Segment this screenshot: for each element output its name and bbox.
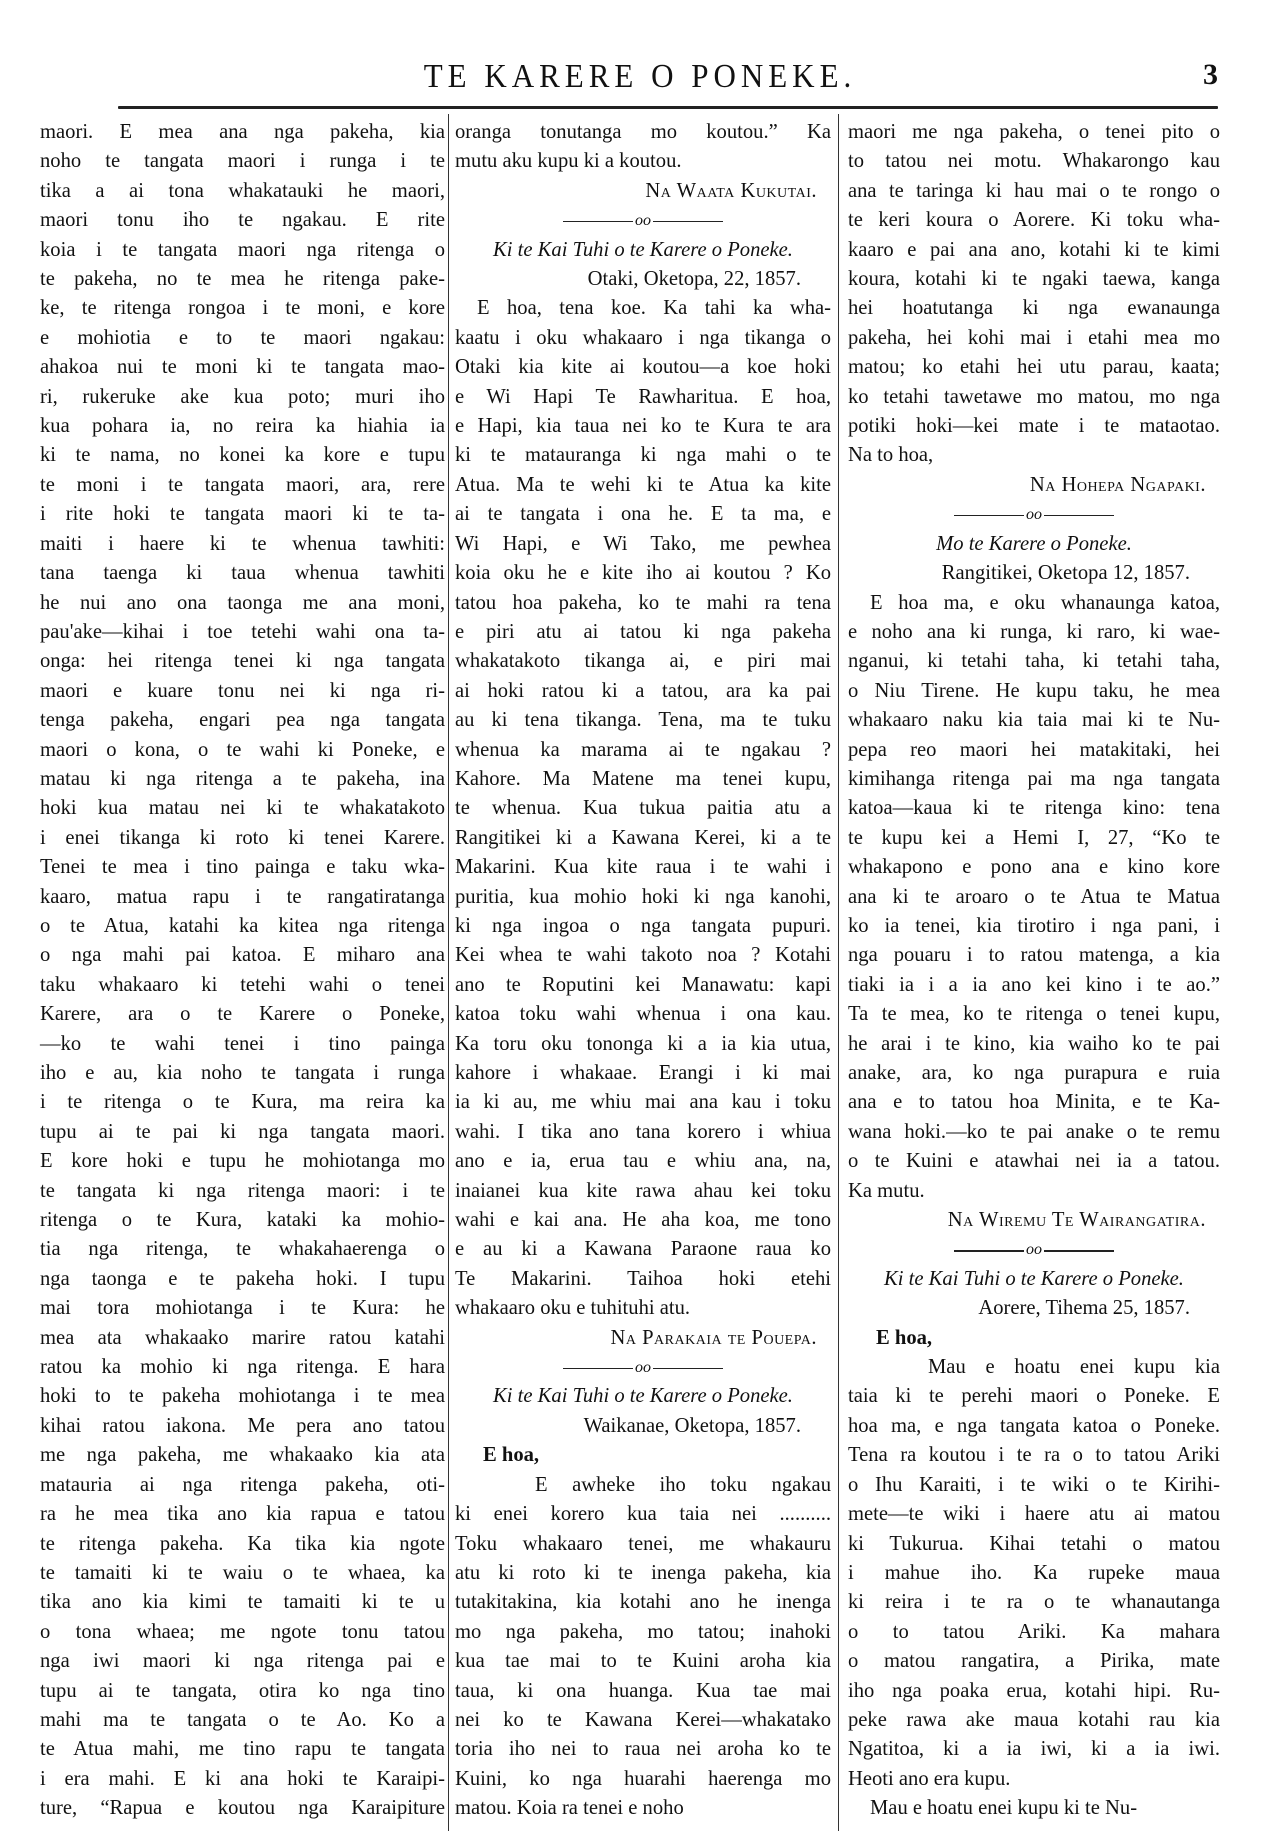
salutation-waikanae: E hoa, bbox=[455, 1441, 831, 1470]
column-right: maori me nga pakeha, o tenei pito oto ta… bbox=[848, 118, 1220, 1824]
text-line: te Atua mahi, me tino rapu te tangata bbox=[40, 1735, 445, 1764]
text-line: te pakeha, no te mea he ritenga pake- bbox=[40, 265, 445, 294]
letter-ending-block: oranga tonutanga mo koutou.” Kamutu aku … bbox=[455, 118, 831, 177]
letter-heading-waikanae: Ki te Kai Tuhi o te Karere o Poneke. bbox=[455, 1382, 831, 1411]
text-line: e Wi Hapi Te Rawharitua. E hoa, bbox=[455, 383, 831, 412]
section-separator: oo bbox=[848, 1235, 1220, 1264]
text-line: ra he mea tika ano kia rapua e tatou bbox=[40, 1500, 445, 1529]
text-line: wahi e kai ana. He aha koa, me tono bbox=[455, 1206, 831, 1235]
text-line: maori me nga pakeha, o tenei pito o bbox=[848, 118, 1220, 147]
text-line: pakeha, hei kohi mai i etahi mea mo bbox=[848, 324, 1220, 353]
text-line: i era mahi. E ki ana hoki te Karaipi- bbox=[40, 1765, 445, 1794]
text-line: tutakitakina, kia kotahi ano he inenga bbox=[455, 1588, 831, 1617]
text-line: mai tora mohiotanga i te Kura: he bbox=[40, 1294, 445, 1323]
text-line: iho nga poaka erua, kotahi hipi. Ru- bbox=[848, 1677, 1220, 1706]
text-line: he nui ano ona taonga me ana moni, bbox=[40, 589, 445, 618]
text-line: Wi Hapi, e Wi Tako, me pewhea bbox=[455, 530, 831, 559]
text-line: ki reira i te ra o te whanautanga bbox=[848, 1588, 1220, 1617]
text-line: tupu ai te tangata, otira ko nga tino bbox=[40, 1677, 445, 1706]
letter-first-line-aorere: Mau e hoatu enei kupu kia bbox=[848, 1353, 1220, 1382]
masthead: TE KARERE O PONEKE. 3 bbox=[0, 58, 1280, 102]
text-line: ratou ka mohio ki nga ritenga. E hara bbox=[40, 1353, 445, 1382]
text-line: mutu aku kupu ki a koutou. bbox=[455, 147, 831, 176]
text-line: ki nga ingoa o nga tangata pupuri. bbox=[455, 912, 831, 941]
text-line: o matou rangatira, a Pirika, mate bbox=[848, 1647, 1220, 1676]
dateline-aorere: Aorere, Tihema 25, 1857. bbox=[848, 1294, 1220, 1323]
text-line: ana ki te aroaro o te Atua te Matua bbox=[848, 883, 1220, 912]
text-line: Ta te mea, ko te ritenga o tenei kupu, bbox=[848, 1000, 1220, 1029]
header-rule bbox=[118, 106, 1218, 109]
text-line: koia i te tangata maori nga ritenga o bbox=[40, 236, 445, 265]
text-line: te keri koura o Aorere. Ki toku wha- bbox=[848, 206, 1220, 235]
letter-heading-otaki: Ki te Kai Tuhi o te Karere o Poneke. bbox=[455, 236, 831, 265]
text-line: i enei tikanga ki roto ki tenei Karere. bbox=[40, 824, 445, 853]
text-line: potiki hoki—kei mate i te mataotao. bbox=[848, 412, 1220, 441]
text-line: Tenei te mea i tino painga e taku wka- bbox=[40, 853, 445, 882]
text-line: tika a ai tona whakatauki he maori, bbox=[40, 177, 445, 206]
section-separator: oo bbox=[455, 206, 831, 235]
letter-body-otaki: E hoa, tena koe. Ka tahi ka wha-kaatu i … bbox=[455, 294, 831, 1323]
dateline-rangitikei: Rangitikei, Oketopa 12, 1857. bbox=[848, 559, 1220, 588]
text-line: e mohiotia e to te maori ngakau: bbox=[40, 324, 445, 353]
text-line: ai hoki ratou ki a tatou, ara ka pai bbox=[455, 677, 831, 706]
text-line: whakatakoto tikanga ai, e piri mai bbox=[455, 647, 831, 676]
text-line: Kuini, ko nga huarahi haerenga mo bbox=[455, 1765, 831, 1794]
text-line: Tena ra koutou i te ra o to tatou Ariki bbox=[848, 1441, 1220, 1470]
text-line: o te Kuini e atawhai nei ia a tatou. bbox=[848, 1147, 1220, 1176]
letter-body-waikanae: ki enei korero kua taia nei ..........To… bbox=[455, 1500, 831, 1823]
text-line: kahore i whakaae. Erangi i ki mai bbox=[455, 1059, 831, 1088]
text-line: te tangata ki nga ritenga maori: i te bbox=[40, 1177, 445, 1206]
text-line: nei ko te Kawana Kerei—whakatako bbox=[455, 1706, 831, 1735]
text-line: onga: hei ritenga tenei ki nga tangata bbox=[40, 647, 445, 676]
text-line: o te Atua, katahi ka kitea nga ritenga bbox=[40, 912, 445, 941]
text-line: koura, kotahi ki te ngaki taewa, kanga bbox=[848, 265, 1220, 294]
text-line: Heoti ano era kupu. bbox=[848, 1765, 1220, 1794]
text-line: whakaaro naku kia taia mai ki te Nu- bbox=[848, 706, 1220, 735]
text-line: pepa reo maori hei matakitaki, hei bbox=[848, 736, 1220, 765]
text-line: hoki to te pakeha mohiotanga i te mea bbox=[40, 1382, 445, 1411]
text-line: te whenua. Kua tukua paitia atu a bbox=[455, 794, 831, 823]
text-line: wana hoki.—ko te pai anake o te remu bbox=[848, 1118, 1220, 1147]
text-line: taua, ki ona huanga. Kua tae mai bbox=[455, 1677, 831, 1706]
text-line: Na to hoa, bbox=[848, 441, 1220, 470]
text-line: tenga pakeha, engari pea nga tangata bbox=[40, 706, 445, 735]
text-line: mete—te wiki i haere atu ai matou bbox=[848, 1500, 1220, 1529]
text-line: ano e ia, erua tau e whiu ana, na, bbox=[455, 1147, 831, 1176]
text-line: toria iho nei to raua nei aroha ko te bbox=[455, 1735, 831, 1764]
text-line: i mahue iho. Ka rupeke maua bbox=[848, 1559, 1220, 1588]
letter-body-aorere: taia ki te perehi maori o Poneke. Ehoa m… bbox=[848, 1382, 1220, 1794]
text-line: whenua ka marama ai te ngakau ? bbox=[455, 736, 831, 765]
column-divider-1 bbox=[448, 114, 449, 1831]
text-line: mahi ma te tangata o te Ao. Ko a bbox=[40, 1706, 445, 1735]
text-line: pau'ake—kihai i toe tetehi wahi ona ta- bbox=[40, 618, 445, 647]
text-line: Makarini. Kua kite raua i te wahi i bbox=[455, 853, 831, 882]
text-line: ahakoa nui te moni ki te tangata mao- bbox=[40, 353, 445, 382]
text-line: o tona whaea; me ngote tonu tatou bbox=[40, 1618, 445, 1647]
text-line: matau ki nga ritenga a te pakeha, ina bbox=[40, 765, 445, 794]
text-line: —ko te wahi tenei i tino painga bbox=[40, 1030, 445, 1059]
text-line: ana e to tatou hoa Minita, e te Ka- bbox=[848, 1088, 1220, 1117]
text-line: he arai i te kino, kia waiho ko te pai bbox=[848, 1030, 1220, 1059]
text-line: wahi. I tika ano tana korero i whiua bbox=[455, 1118, 831, 1147]
letter-body-rangitikei: E hoa ma, e oku whanaunga katoa,e noho a… bbox=[848, 589, 1220, 1207]
text-line: e noho ana ki runga, ki raro, ki wae- bbox=[848, 618, 1220, 647]
column-middle: oranga tonutanga mo koutou.” Kamutu aku … bbox=[455, 118, 831, 1824]
text-line: ko ia tenei, kia tirotiro i nga pani, i bbox=[848, 912, 1220, 941]
text-line: anake, ara, ko nga purapura e ruia bbox=[848, 1059, 1220, 1088]
text-line: te kupu kei a Hemi I, 27, “Ko te bbox=[848, 824, 1220, 853]
signature-waata-kukutai: Na Waata Kukutai. bbox=[455, 177, 831, 206]
text-line: te tamaiti ki te waiu o te whaea, ka bbox=[40, 1559, 445, 1588]
text-line: Otaki kia kite ai koutou—a koe hoki bbox=[455, 353, 831, 382]
text-line: Rangitikei ki a Kawana Kerei, ki a te bbox=[455, 824, 831, 853]
text-line: e piri atu ai tatou ki nga pakeha bbox=[455, 618, 831, 647]
text-line: kaaro e pai ana ano, kotahi ki te kimi bbox=[848, 236, 1220, 265]
text-line: ri, rukeruke ake kua poto; muri iho bbox=[40, 383, 445, 412]
text-line: maiti i haere ki te whenua tawhiti: bbox=[40, 530, 445, 559]
text-line: nganui, ki tetahi taha, ki tetahi taha, bbox=[848, 647, 1220, 676]
section-separator: oo bbox=[455, 1353, 831, 1382]
text-line: puritia, kua mohio hoki ki nga kanohi, bbox=[455, 883, 831, 912]
text-line: maori o kona, o te wahi ki Poneke, e bbox=[40, 736, 445, 765]
text-line: katoa—kaua ki te ritenga kino: tena bbox=[848, 794, 1220, 823]
text-line: kaatu i oku whakaaro i nga tikanga o bbox=[455, 324, 831, 353]
signature-hohepa-ngapaki: Na Hohepa Ngapaki. bbox=[848, 471, 1220, 500]
text-line: ki enei korero kua taia nei .......... bbox=[455, 1500, 831, 1529]
text-line: kimihanga ritenga pai ma nga tangata bbox=[848, 765, 1220, 794]
text-line: whakaaro oku e tuhituhi atu. bbox=[455, 1294, 831, 1323]
text-line: Ka toru oku tononga ki a ia kia utua, bbox=[455, 1030, 831, 1059]
text-line: Te Makarini. Taihoa hoki etehi bbox=[455, 1265, 831, 1294]
text-line: o Ihu Karaiti, i te wiki o te Kirihi- bbox=[848, 1471, 1220, 1500]
text-line: whakapono e pono ana e kino kore bbox=[848, 853, 1220, 882]
text-line: ana te taringa ki hau mai o te rongo o bbox=[848, 177, 1220, 206]
text-line: taia ki te perehi maori o Poneke. E bbox=[848, 1382, 1220, 1411]
text-line: Ka mutu. bbox=[848, 1177, 1220, 1206]
text-line: ki Tukurua. Kihai tetahi o matou bbox=[848, 1530, 1220, 1559]
text-line: iho e au, kia noho te tangata i runga bbox=[40, 1059, 445, 1088]
text-line: i te ritenga o te Kura, ma reira ka bbox=[40, 1088, 445, 1117]
text-line: Kahore. Ma Matene ma tenei kupu, bbox=[455, 765, 831, 794]
text-line: maori tonu iho te ngakau. E rite bbox=[40, 206, 445, 235]
text-line: tana taenga ki taua whenua tawhiti bbox=[40, 559, 445, 588]
text-line: ke, te ritenga rongoa i te moni, e kore bbox=[40, 294, 445, 323]
dateline-waikanae: Waikanae, Oketopa, 1857. bbox=[455, 1412, 831, 1441]
text-line: ia ki au, me whiu mai ana kau i toku bbox=[455, 1088, 831, 1117]
text-line: E kore hoki e tupu he mohiotanga mo bbox=[40, 1147, 445, 1176]
newspaper-title: TE KARERE O PONEKE. bbox=[0, 56, 1280, 96]
text-line: hoki kua matau nei ki te whakatakoto bbox=[40, 794, 445, 823]
text-line: e au ki a Kawana Paraone raua ko bbox=[455, 1235, 831, 1264]
text-line: Kei whea te wahi takoto noa ? Kotahi bbox=[455, 941, 831, 970]
text-line: Toku whakaaro tenei, me whakauru bbox=[455, 1530, 831, 1559]
text-line: matauria ai nga ritenga pakeha, oti- bbox=[40, 1471, 445, 1500]
text-line: ki te nama, no konei ka kore e tupu bbox=[40, 441, 445, 470]
column-left: maori. E mea ana nga pakeha, kianoho te … bbox=[40, 118, 445, 1824]
text-line: maori. E mea ana nga pakeha, kia bbox=[40, 118, 445, 147]
letter-continued-line: Mau e hoatu enei kupu ki te Nu- bbox=[848, 1794, 1220, 1823]
text-line: to tatou nei motu. Whakarongo kau bbox=[848, 147, 1220, 176]
text-line: Karere, ara o te Karere o Poneke, bbox=[40, 1000, 445, 1029]
text-line: katoa toku wahi whenua i ona kau. bbox=[455, 1000, 831, 1029]
signature-parakaia: Na Parakaia te Pouepa. bbox=[455, 1324, 831, 1353]
text-line: te moni i te tangata maori, ara, rere bbox=[40, 471, 445, 500]
letter-first-line-waikanae: E awheke iho toku ngakau bbox=[455, 1471, 831, 1500]
text-line: E hoa, tena koe. Ka tahi ka wha- bbox=[455, 294, 831, 323]
text-line: ai te tangata i ona he. E ta ma, e bbox=[455, 500, 831, 529]
text-line: mea ata whakaako marire ratou katahi bbox=[40, 1324, 445, 1353]
text-line: matou. Koia ra tenei e noho bbox=[455, 1794, 831, 1823]
section-separator: oo bbox=[848, 500, 1220, 529]
text-line: ano te Roputini kei Manawatu: kapi bbox=[455, 971, 831, 1000]
text-line: i rite hoki te tangata maori ki te ta- bbox=[40, 500, 445, 529]
text-line: au ki tena tikanga. Tena, ma te tuku bbox=[455, 706, 831, 735]
text-line: o Niu Tirene. He kupu taku, he mea bbox=[848, 677, 1220, 706]
text-line: o nga mahi pai katoa. E miharo ana bbox=[40, 941, 445, 970]
text-line: nga taonga e te pakeha hoki. I tupu bbox=[40, 1265, 445, 1294]
text-line: kihai ratou iakona. Me pera ano tatou bbox=[40, 1412, 445, 1441]
column-divider-2 bbox=[838, 114, 839, 1831]
dateline-otaki: Otaki, Oketopa, 22, 1857. bbox=[455, 265, 831, 294]
text-line: ture, “Rapua e koutou nga Karaipiture bbox=[40, 1794, 445, 1823]
text-line: inaianei kua kite rawa ahau kei toku bbox=[455, 1177, 831, 1206]
text-line: ko tetahi tawetawe mo matou, mo nga bbox=[848, 383, 1220, 412]
letter-heading-aorere: Ki te Kai Tuhi o te Karere o Poneke. bbox=[848, 1265, 1220, 1294]
text-line: kua tae mai to te Kuini aroha kia bbox=[455, 1647, 831, 1676]
text-line: atu ki roto ki te inenga pakeha, kia bbox=[455, 1559, 831, 1588]
text-line: oranga tonutanga mo koutou.” Ka bbox=[455, 118, 831, 147]
text-line: ki te matauranga ki nga mahi o te bbox=[455, 441, 831, 470]
text-line: tupu ai te pai ki nga tangata maori. bbox=[40, 1118, 445, 1147]
text-line: Ngatitoa, ki a ia iwi, ki a ia iwi. bbox=[848, 1735, 1220, 1764]
text-line: noho te tangata maori i runga i te bbox=[40, 147, 445, 176]
text-line: nga pouaru i to ratou matenga, a kia bbox=[848, 941, 1220, 970]
text-line: tika ano kia kimi te tamaiti ki te u bbox=[40, 1588, 445, 1617]
salutation-aorere: E hoa, bbox=[848, 1324, 1220, 1353]
text-line: koia oku he e kite iho ai koutou ? Ko bbox=[455, 559, 831, 588]
text-line: taku whakaaro ki tetehi wahi o tenei bbox=[40, 971, 445, 1000]
signature-wiremu: Na Wiremu Te Wairangatira. bbox=[848, 1206, 1220, 1235]
text-line: me nga pakeha, me whakaako kia ata bbox=[40, 1441, 445, 1470]
text-line: mo nga pakeha, mo tatou; inahoki bbox=[455, 1618, 831, 1647]
text-line: e Hapi, kia taua nei ko te Kura te ara bbox=[455, 412, 831, 441]
text-line: hoa ma, e nga tangata katoa o Poneke. bbox=[848, 1412, 1220, 1441]
text-line: te ritenga pakeha. Ka tika kia ngote bbox=[40, 1530, 445, 1559]
letter-heading-rangitikei: Mo te Karere o Poneke. bbox=[848, 530, 1220, 559]
text-line: kua pohara ia, no reira ka hiahia ia bbox=[40, 412, 445, 441]
letter-ending-block: maori me nga pakeha, o tenei pito oto ta… bbox=[848, 118, 1220, 471]
text-line: Atua. Ma te wehi ki te Atua ka kite bbox=[455, 471, 831, 500]
text-line: peke rawa ake maua kotahi rau kia bbox=[848, 1706, 1220, 1735]
page-number: 3 bbox=[1203, 58, 1218, 92]
text-line: hei hoatutanga ki nga ewanaunga bbox=[848, 294, 1220, 323]
text-line: o to tatou Ariki. Ka mahara bbox=[848, 1618, 1220, 1647]
text-line: matou; ko etahi hei utu parau, kaata; bbox=[848, 353, 1220, 382]
text-line: tatou hoa pakeha, ko te mahi ra tena bbox=[455, 589, 831, 618]
text-line: ritenga o te Kura, kataki ka mohio- bbox=[40, 1206, 445, 1235]
text-line: tia nga ritenga, te whakahaerenga o bbox=[40, 1235, 445, 1264]
text-line: tiaki ia i a ia ano kei kino i te ao.” bbox=[848, 971, 1220, 1000]
text-line: kaaro, matua rapu i te rangatiratanga bbox=[40, 883, 445, 912]
text-line: nga iwi maori ki nga ritenga pai e bbox=[40, 1647, 445, 1676]
text-line: E hoa ma, e oku whanaunga katoa, bbox=[848, 589, 1220, 618]
text-line: maori e kuare tonu nei ki nga ri- bbox=[40, 677, 445, 706]
